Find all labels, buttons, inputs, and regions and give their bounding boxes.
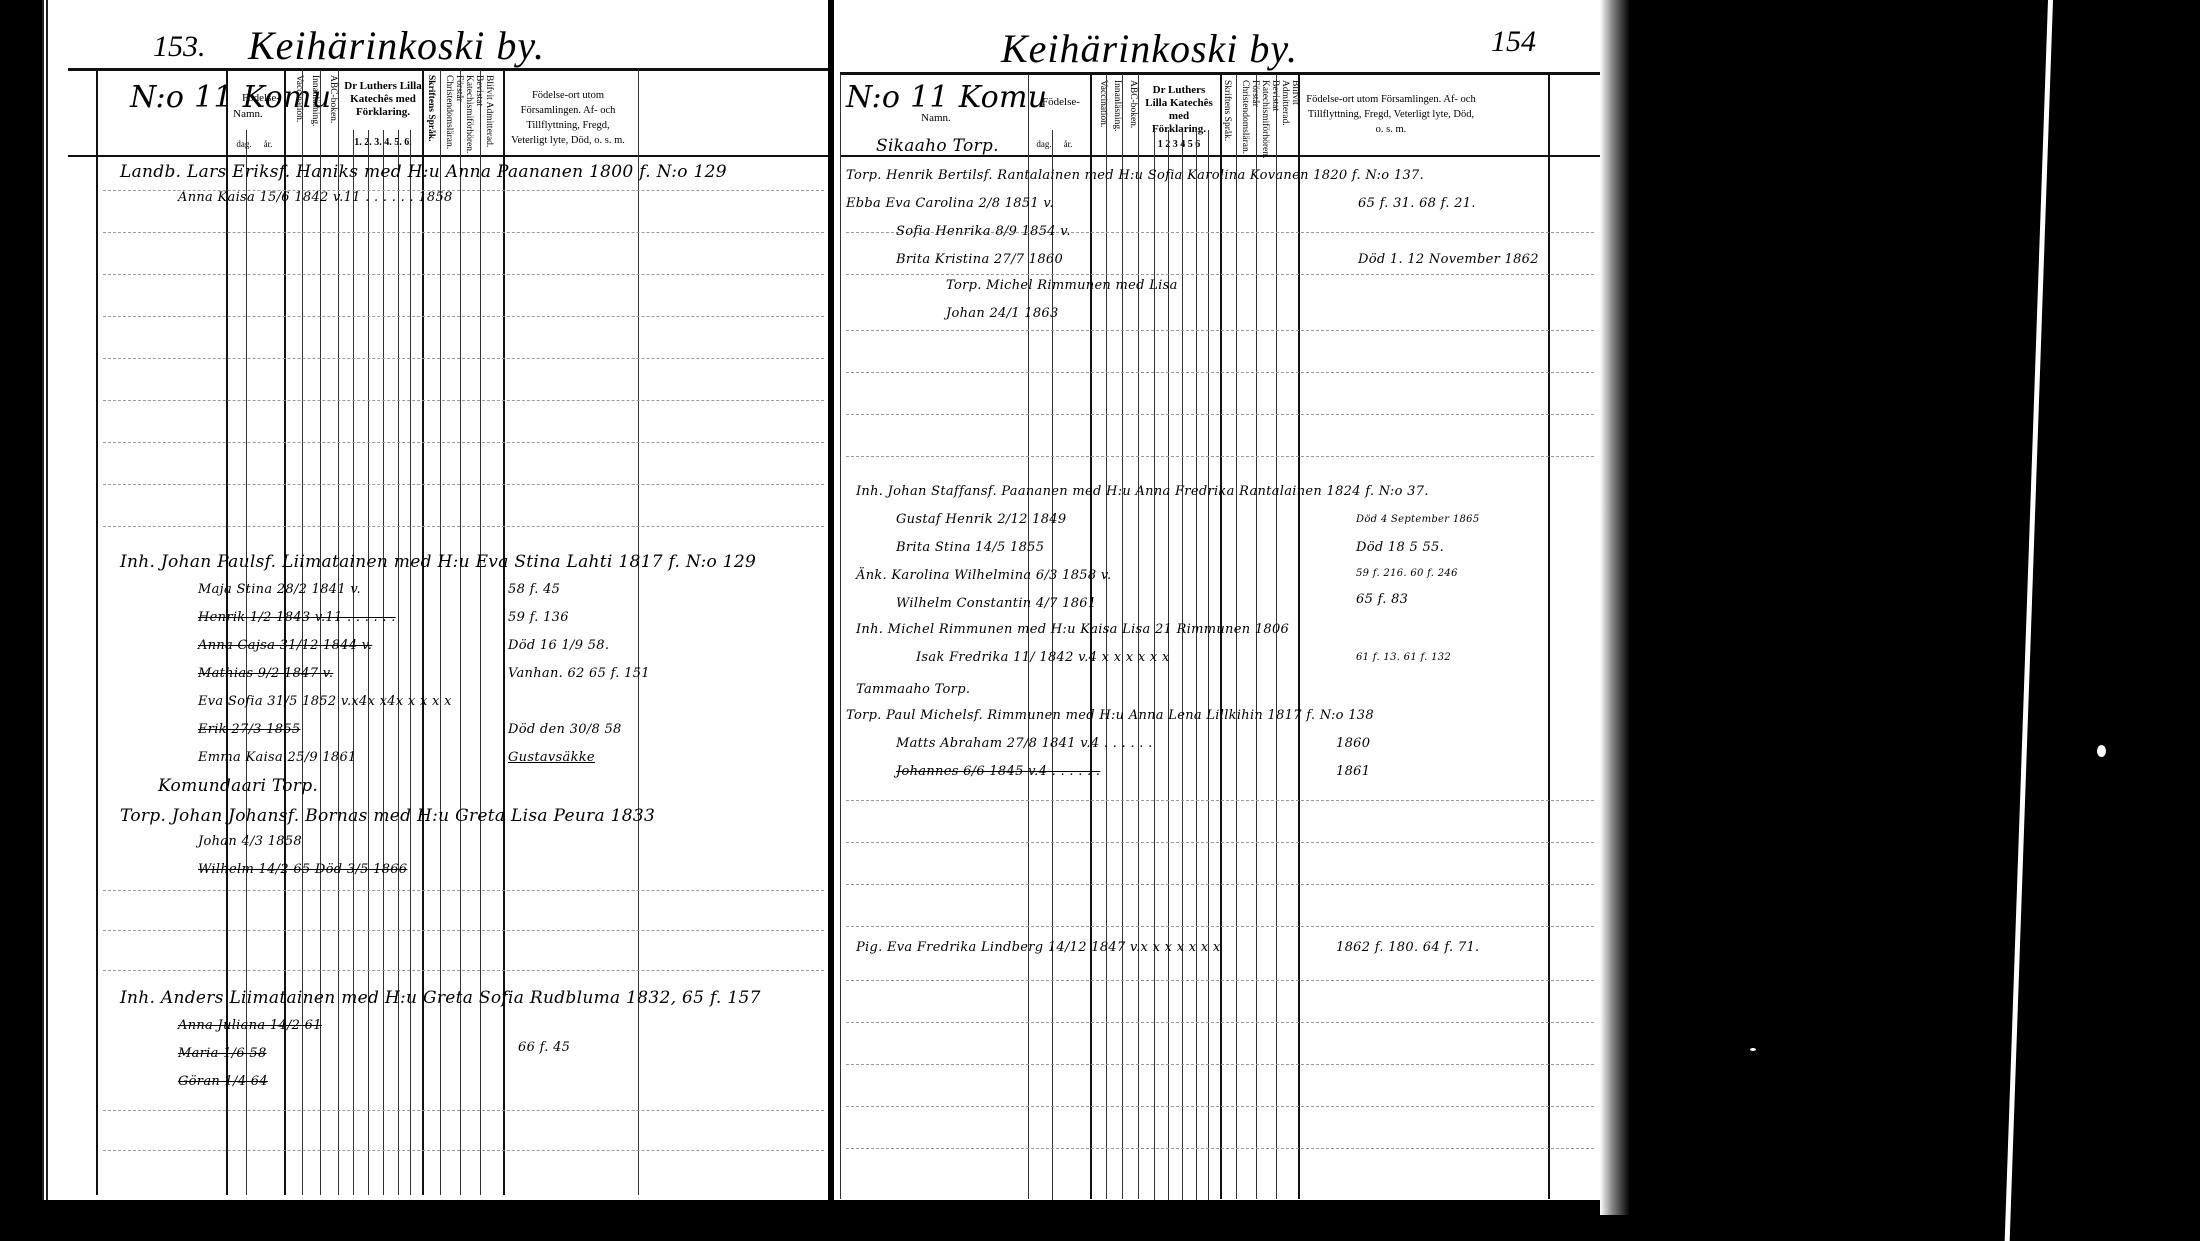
- row-rule: [846, 1064, 1594, 1065]
- scan-artifact-line: [2005, 0, 2053, 1241]
- header-bottom-rule: [68, 155, 830, 157]
- household-head-entry: Torp. Johan Johansf. Bornas med H:u Gret…: [120, 806, 655, 826]
- left-register-page: 153. Keihärinkoski by. N:o 11 Komu Namn.…: [42, 0, 836, 1200]
- column-divider: [1182, 130, 1183, 1200]
- reading-header: Innanläsning.: [1112, 80, 1122, 152]
- row-rule: [103, 442, 824, 443]
- column-divider: [338, 70, 339, 1195]
- row-rule: [846, 800, 1594, 801]
- member-entry: Änk. Karolina Wilhelmina 6/3 1858 v.: [856, 568, 1111, 583]
- row-rule: [846, 926, 1594, 927]
- admitted-header: Blifvit Admitterad.: [1280, 80, 1300, 152]
- catechism-header: Dr Luthers Lilla Katechês med Förklaring…: [1141, 84, 1217, 136]
- column-divider: [398, 130, 399, 1195]
- household-number: N:o 11 Komu: [846, 80, 1047, 115]
- member-entry: Pig. Eva Fredrika Lindberg 14/12 1847 v.…: [856, 940, 1221, 955]
- household-head-entry: Torp. Michel Rimmunen med Lisa: [946, 278, 1178, 293]
- christianity-header: Förstår Christendomsläran.: [1240, 80, 1260, 152]
- row-rule: [846, 456, 1594, 457]
- scripture-header: Skriftens Språk.: [1222, 80, 1232, 152]
- member-note: 58 f. 45: [508, 582, 560, 597]
- member-note: 65 f. 83: [1356, 592, 1408, 607]
- row-rule: [103, 484, 824, 485]
- row-rule: [846, 330, 1594, 331]
- member-entry: Emma Kaisa 25/9 1861: [198, 750, 357, 765]
- household-head-entry: Inh. Anders Liimatainen med H:u Greta So…: [120, 988, 761, 1008]
- row-rule: [103, 1110, 824, 1111]
- page-number: 154: [1491, 25, 1536, 59]
- row-rule: [103, 930, 824, 931]
- column-divider: [353, 130, 354, 1195]
- catechetical-header: Bevistat Katechismiförhören.: [1260, 80, 1280, 152]
- member-note: Död 1. 12 November 1862: [1358, 252, 1539, 267]
- name-column-header: Namn.: [896, 112, 976, 125]
- column-divider: [1548, 74, 1550, 1199]
- right-register-page: Keihärinkoski by. 154 N:o 11 Komu Namn. …: [836, 0, 1606, 1200]
- row-rule: [103, 1150, 824, 1151]
- header-top-rule: [68, 68, 830, 71]
- column-divider: [410, 130, 411, 1195]
- row-rule: [846, 980, 1594, 981]
- birth-day-header: dag.: [234, 138, 254, 151]
- row-rule: [103, 970, 824, 971]
- household-head-entry: Inh. Johan Staffansf. Paananen med H:u A…: [856, 484, 1429, 499]
- row-rule: [846, 1106, 1594, 1107]
- sub-place-heading: Sikaaho Torp.: [876, 136, 999, 156]
- column-divider: [422, 70, 424, 1195]
- member-note: Död 18 5 55.: [1356, 540, 1444, 555]
- column-divider: [96, 70, 98, 1195]
- notes-column-header: Födelse-ort utom Församlingen. Af- och T…: [1306, 92, 1476, 137]
- member-entry: Maria 1/6 58: [178, 1046, 267, 1061]
- row-rule: [846, 1022, 1594, 1023]
- member-note: 1860: [1336, 736, 1370, 751]
- member-entry: Erik 27/3 1855: [198, 722, 300, 737]
- place-heading: Komundaari Torp.: [158, 776, 318, 796]
- birth-year-header: år.: [1058, 138, 1078, 151]
- page-title: Keihärinkoski by.: [248, 22, 545, 69]
- member-note: Gustavsäkke: [508, 750, 595, 765]
- page-number: 153.: [153, 30, 206, 64]
- member-entry: Matts Abraham 27/8 1841 v.4 . . . . . .: [896, 736, 1153, 751]
- column-divider: [246, 130, 247, 1195]
- column-divider: [368, 130, 369, 1195]
- member-entry: Göran 1/4 64: [178, 1074, 268, 1089]
- scripture-header: Skriftens Språk.: [426, 75, 436, 153]
- christianity-header: Förstår Christendomsläran.: [444, 75, 464, 153]
- member-entry: Brita Kristina 27/7 1860: [896, 252, 1063, 267]
- member-note: 59 f. 136: [508, 610, 569, 625]
- household-head-entry: Landb. Lars Eriksf. Haniks med H:u Anna …: [120, 162, 727, 182]
- row-rule: [846, 372, 1594, 373]
- member-note: Vanhan. 62 65 f. 151: [508, 666, 650, 681]
- member-entry: Gustaf Henrik 2/12 1849: [896, 512, 1066, 527]
- scan-speck: [1750, 1048, 1756, 1051]
- book-spine: [828, 0, 834, 1205]
- member-entry: Johan 24/1 1863: [946, 306, 1059, 321]
- row-rule: [846, 414, 1594, 415]
- member-entry: Maja Stina 28/2 1841 v.: [198, 582, 361, 597]
- member-note: 61 f. 13. 61 f. 132: [1356, 652, 1451, 663]
- household-head-entry: Inh. Michel Rimmunen med H:u Kaisa Lisa …: [856, 622, 1289, 637]
- member-note: Död den 30/8 58: [508, 722, 622, 737]
- row-rule: [103, 232, 824, 233]
- birth-day-header: dag.: [1034, 138, 1054, 151]
- household-head-entry: Torp. Henrik Bertilsf. Rantalainen med H…: [846, 168, 1424, 183]
- member-entry: Anna Cajsa 31/12 1844 v.: [198, 638, 372, 653]
- row-rule: [103, 400, 824, 401]
- abc-book-header: ABC-boken.: [328, 75, 338, 153]
- page-title: Keihärinkoski by.: [1001, 25, 1298, 72]
- reading-header: Innanläsning.: [310, 75, 320, 153]
- column-divider: [1298, 74, 1300, 1199]
- member-entry: Isak Fredrika 11/ 1842 v.4 x x x x x x: [916, 650, 1170, 665]
- row-rule: [846, 274, 1594, 275]
- member-entry: Sofia Henrika 8/9 1854 v.: [896, 224, 1071, 239]
- row-rule: [103, 316, 824, 317]
- member-entry: Wilhelm 14/2 65 Död 3/5 1866: [198, 862, 407, 877]
- catechism-header: Dr Luthers Lilla Katechês med Förklaring…: [343, 80, 423, 119]
- column-divider: [480, 70, 481, 1195]
- admitted-header: Blifvit Admitterad.: [484, 75, 494, 153]
- column-divider: [503, 70, 505, 1195]
- member-note: 66 f. 45: [518, 1040, 570, 1055]
- member-note: Död 16 1/9 58.: [508, 638, 609, 653]
- member-entry: Anna Juliana 14/2 61: [178, 1018, 322, 1033]
- member-note: 1861: [1336, 764, 1370, 779]
- member-entry: Ebba Eva Carolina 2/8 1851 v.: [846, 196, 1054, 211]
- abc-book-header: ABC-boken.: [1128, 80, 1138, 152]
- member-entry: Brita Stina 14/5 1855: [896, 540, 1044, 555]
- catechism-columns: 1 2 3 4 5 6: [1141, 138, 1217, 151]
- notes-column-header: Födelse-ort utom Församlingen. Af- och T…: [508, 88, 628, 148]
- member-note: 1862 f. 180. 64 f. 71.: [1336, 940, 1479, 955]
- page-edge: [1600, 0, 1630, 1215]
- row-rule: [103, 890, 824, 891]
- column-divider: [383, 130, 384, 1195]
- birth-column-header: Födelse-: [1036, 96, 1086, 109]
- row-rule: [103, 274, 824, 275]
- row-rule: [103, 358, 824, 359]
- row-rule: [846, 842, 1594, 843]
- column-divider: [638, 70, 639, 1195]
- member-entry: Wilhelm Constantin 4/7 1861: [896, 596, 1096, 611]
- member-note: 59 f. 216. 60 f. 246: [1356, 568, 1458, 579]
- column-divider: [1196, 130, 1197, 1200]
- row-rule: [846, 884, 1594, 885]
- column-divider: [840, 74, 841, 1199]
- column-divider: [1208, 130, 1209, 1200]
- household-head-entry: Torp. Paul Michelsf. Rimmunen med H:u An…: [846, 708, 1374, 723]
- birth-year-header: år.: [258, 138, 278, 151]
- row-rule: [103, 526, 824, 527]
- member-entry: Anna Kaisa 15/6 1842 v.11 . . . . . . 18…: [178, 190, 453, 205]
- birth-column-header: Födelse-: [236, 92, 286, 105]
- scan-speck: [2097, 745, 2106, 757]
- member-entry: Johannes 6/6 1845 v.4 . . . . . .: [896, 764, 1100, 779]
- member-entry: Johan 4/3 1858: [198, 834, 302, 849]
- catechetical-header: Bevistat Katechismiförhören.: [464, 75, 484, 153]
- place-heading: Tammaaho Torp.: [856, 682, 970, 697]
- member-entry: Eva Sofia 31/5 1852 v.x4x x4x x x x x: [198, 694, 452, 709]
- column-divider: [440, 70, 441, 1195]
- column-divider: [460, 70, 461, 1195]
- name-column-header: Namn.: [198, 108, 298, 121]
- household-head-entry: Inh. Johan Paulsf. Liimatainen med H:u E…: [120, 552, 756, 572]
- member-entry: Mathias 9/2 1847 v.: [198, 666, 333, 681]
- member-entry: Henrik 1/2 1843 v.11 . . . . . .: [198, 610, 396, 625]
- row-rule: [846, 1148, 1594, 1149]
- member-note: 65 f. 31. 68 f. 21.: [1358, 196, 1476, 211]
- member-note: Död 4 September 1865: [1356, 514, 1479, 525]
